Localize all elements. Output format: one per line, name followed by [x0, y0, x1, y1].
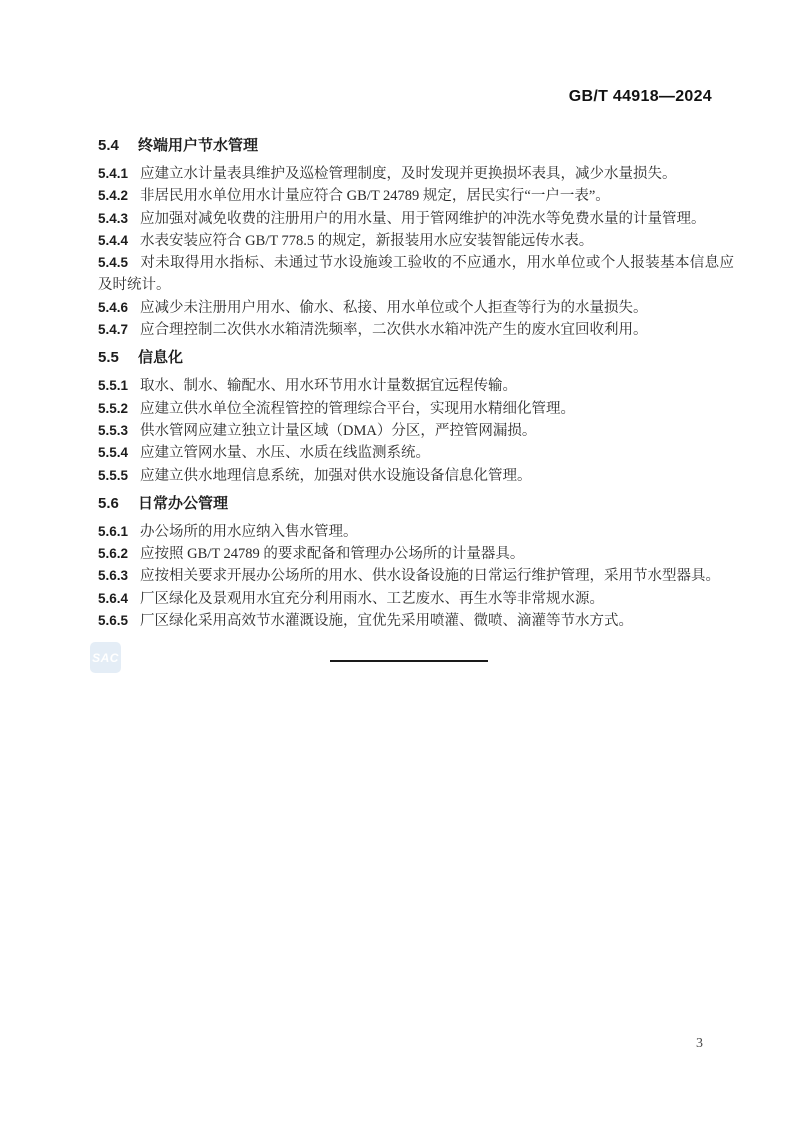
clause-number: 5.4.7 [98, 322, 128, 337]
section-heading-5-6: 5.6 日常办公管理 [98, 493, 734, 515]
clause-5-5-5: 5.5.5应建立供水地理信息系统，加强对供水设施设备信息化管理。 [98, 465, 734, 487]
clause-text: 应按相关要求开展办公场所的用水、供水设备设施的日常运行维护管理，采用节水型器具。 [140, 568, 720, 584]
section-heading-5-4: 5.4 终端用户节水管理 [98, 135, 734, 157]
section-number: 5.6 [98, 495, 119, 512]
clause-text: 对未取得用水指标、未通过节水设施竣工验收的不应通水，用水单位或个人报装基本信息应… [98, 255, 734, 293]
clause-5-4-2: 5.4.2非居民用水单位用水计量应符合 GB/T 24789 规定，居民实行“一… [98, 185, 734, 207]
clause-5-6-2: 5.6.2应按照 GB/T 24789 的要求配备和管理办公场所的计量器具。 [98, 543, 734, 565]
clause-text: 应加强对减免收费的注册用户的用水量、用于管网维护的冲洗水等免费水量的计量管理。 [140, 211, 706, 227]
clause-5-4-6: 5.4.6应减少未注册用户用水、偷水、私接、用水单位或个人拒查等行为的水量损失。 [98, 297, 734, 319]
section-number: 5.4 [98, 137, 119, 154]
clause-text: 应减少未注册用户用水、偷水、私接、用水单位或个人拒查等行为的水量损失。 [140, 300, 648, 316]
clause-5-4-1: 5.4.1应建立水计量表具维护及巡检管理制度，及时发现并更换损坏表具，减少水量损… [98, 163, 734, 185]
clause-number: 5.5.5 [98, 468, 128, 483]
clause-number: 5.5.2 [98, 401, 128, 416]
clause-text: 应建立供水单位全流程管控的管理综合平台，实现用水精细化管理。 [140, 401, 575, 417]
clause-number: 5.5.4 [98, 445, 128, 460]
end-of-document-rule [330, 660, 488, 662]
clause-number: 5.6.3 [98, 568, 128, 583]
clause-text: 厂区绿化采用高效节水灌溉设施，宜优先采用喷灌、微喷、滴灌等节水方式。 [140, 613, 633, 629]
clause-number: 5.6.1 [98, 524, 128, 539]
standard-number: GB/T 44918—2024 [569, 88, 712, 106]
sac-watermark-logo: SAC [90, 642, 121, 673]
clause-text: 厂区绿化及景观用水宜充分利用雨水、工艺废水、再生水等非常规水源。 [140, 591, 604, 607]
clause-text: 应建立水计量表具维护及巡检管理制度，及时发现并更换损坏表具，减少水量损失。 [140, 166, 677, 182]
clause-5-4-5: 5.4.5对未取得用水指标、未通过节水设施竣工验收的不应通水，用水单位或个人报装… [98, 252, 734, 297]
clause-text: 应建立管网水量、水压、水质在线监测系统。 [140, 445, 430, 461]
clause-number: 5.5.3 [98, 423, 128, 438]
clause-5-6-1: 5.6.1办公场所的用水应纳入售水管理。 [98, 521, 734, 543]
document-body: 5.4 终端用户节水管理 5.4.1应建立水计量表具维护及巡检管理制度，及时发现… [98, 135, 734, 632]
clause-number: 5.4.6 [98, 300, 128, 315]
clause-number: 5.4.2 [98, 188, 128, 203]
clause-5-6-3: 5.6.3应按相关要求开展办公场所的用水、供水设备设施的日常运行维护管理，采用节… [98, 565, 734, 587]
clause-number: 5.5.1 [98, 378, 128, 393]
clause-text: 非居民用水单位用水计量应符合 GB/T 24789 规定，居民实行“一户一表”。 [140, 188, 610, 204]
clause-number: 5.4.1 [98, 166, 128, 181]
clause-5-6-5: 5.6.5厂区绿化采用高效节水灌溉设施，宜优先采用喷灌、微喷、滴灌等节水方式。 [98, 610, 734, 632]
clause-5-5-3: 5.5.3供水管网应建立独立计量区域（DMA）分区，严控管网漏损。 [98, 420, 734, 442]
clause-text: 应建立供水地理信息系统，加强对供水设施设备信息化管理。 [140, 468, 532, 484]
clause-5-4-4: 5.4.4水表安装应符合 GB/T 778.5 的规定，新报装用水应安装智能远传… [98, 230, 734, 252]
clause-number: 5.4.5 [98, 255, 128, 270]
section-number: 5.5 [98, 349, 119, 366]
clause-text: 应按照 GB/T 24789 的要求配备和管理办公场所的计量器具。 [140, 546, 524, 562]
section-title: 日常办公管理 [138, 495, 228, 512]
section-title: 信息化 [138, 349, 183, 366]
clause-number: 5.6.5 [98, 613, 128, 628]
clause-number: 5.4.4 [98, 233, 128, 248]
clause-text: 应合理控制二次供水水箱清洗频率，二次供水水箱冲洗产生的废水宜回收利用。 [140, 322, 648, 338]
clause-text: 供水管网应建立独立计量区域（DMA）分区，严控管网漏损。 [140, 423, 536, 439]
clause-5-6-4: 5.6.4厂区绿化及景观用水宜充分利用雨水、工艺废水、再生水等非常规水源。 [98, 588, 734, 610]
section-heading-5-5: 5.5 信息化 [98, 347, 734, 369]
clause-5-5-1: 5.5.1取水、制水、输配水、用水环节用水计量数据宜远程传输。 [98, 375, 734, 397]
clause-number: 5.6.4 [98, 591, 128, 606]
clause-number: 5.6.2 [98, 546, 128, 561]
sac-logo-text: SAC [92, 651, 119, 665]
clause-number: 5.4.3 [98, 211, 128, 226]
clause-5-4-7: 5.4.7应合理控制二次供水水箱清洗频率，二次供水水箱冲洗产生的废水宜回收利用。 [98, 319, 734, 341]
clause-5-5-2: 5.5.2应建立供水单位全流程管控的管理综合平台，实现用水精细化管理。 [98, 398, 734, 420]
clause-5-5-4: 5.5.4应建立管网水量、水压、水质在线监测系统。 [98, 442, 734, 464]
clause-5-4-3: 5.4.3应加强对减免收费的注册用户的用水量、用于管网维护的冲洗水等免费水量的计… [98, 208, 734, 230]
clause-text: 水表安装应符合 GB/T 778.5 的规定，新报装用水应安装智能远传水表。 [140, 233, 593, 249]
section-title: 终端用户节水管理 [138, 137, 258, 154]
page-number: 3 [696, 1036, 703, 1052]
clause-text: 办公场所的用水应纳入售水管理。 [140, 524, 358, 540]
clause-text: 取水、制水、输配水、用水环节用水计量数据宜远程传输。 [140, 378, 517, 394]
